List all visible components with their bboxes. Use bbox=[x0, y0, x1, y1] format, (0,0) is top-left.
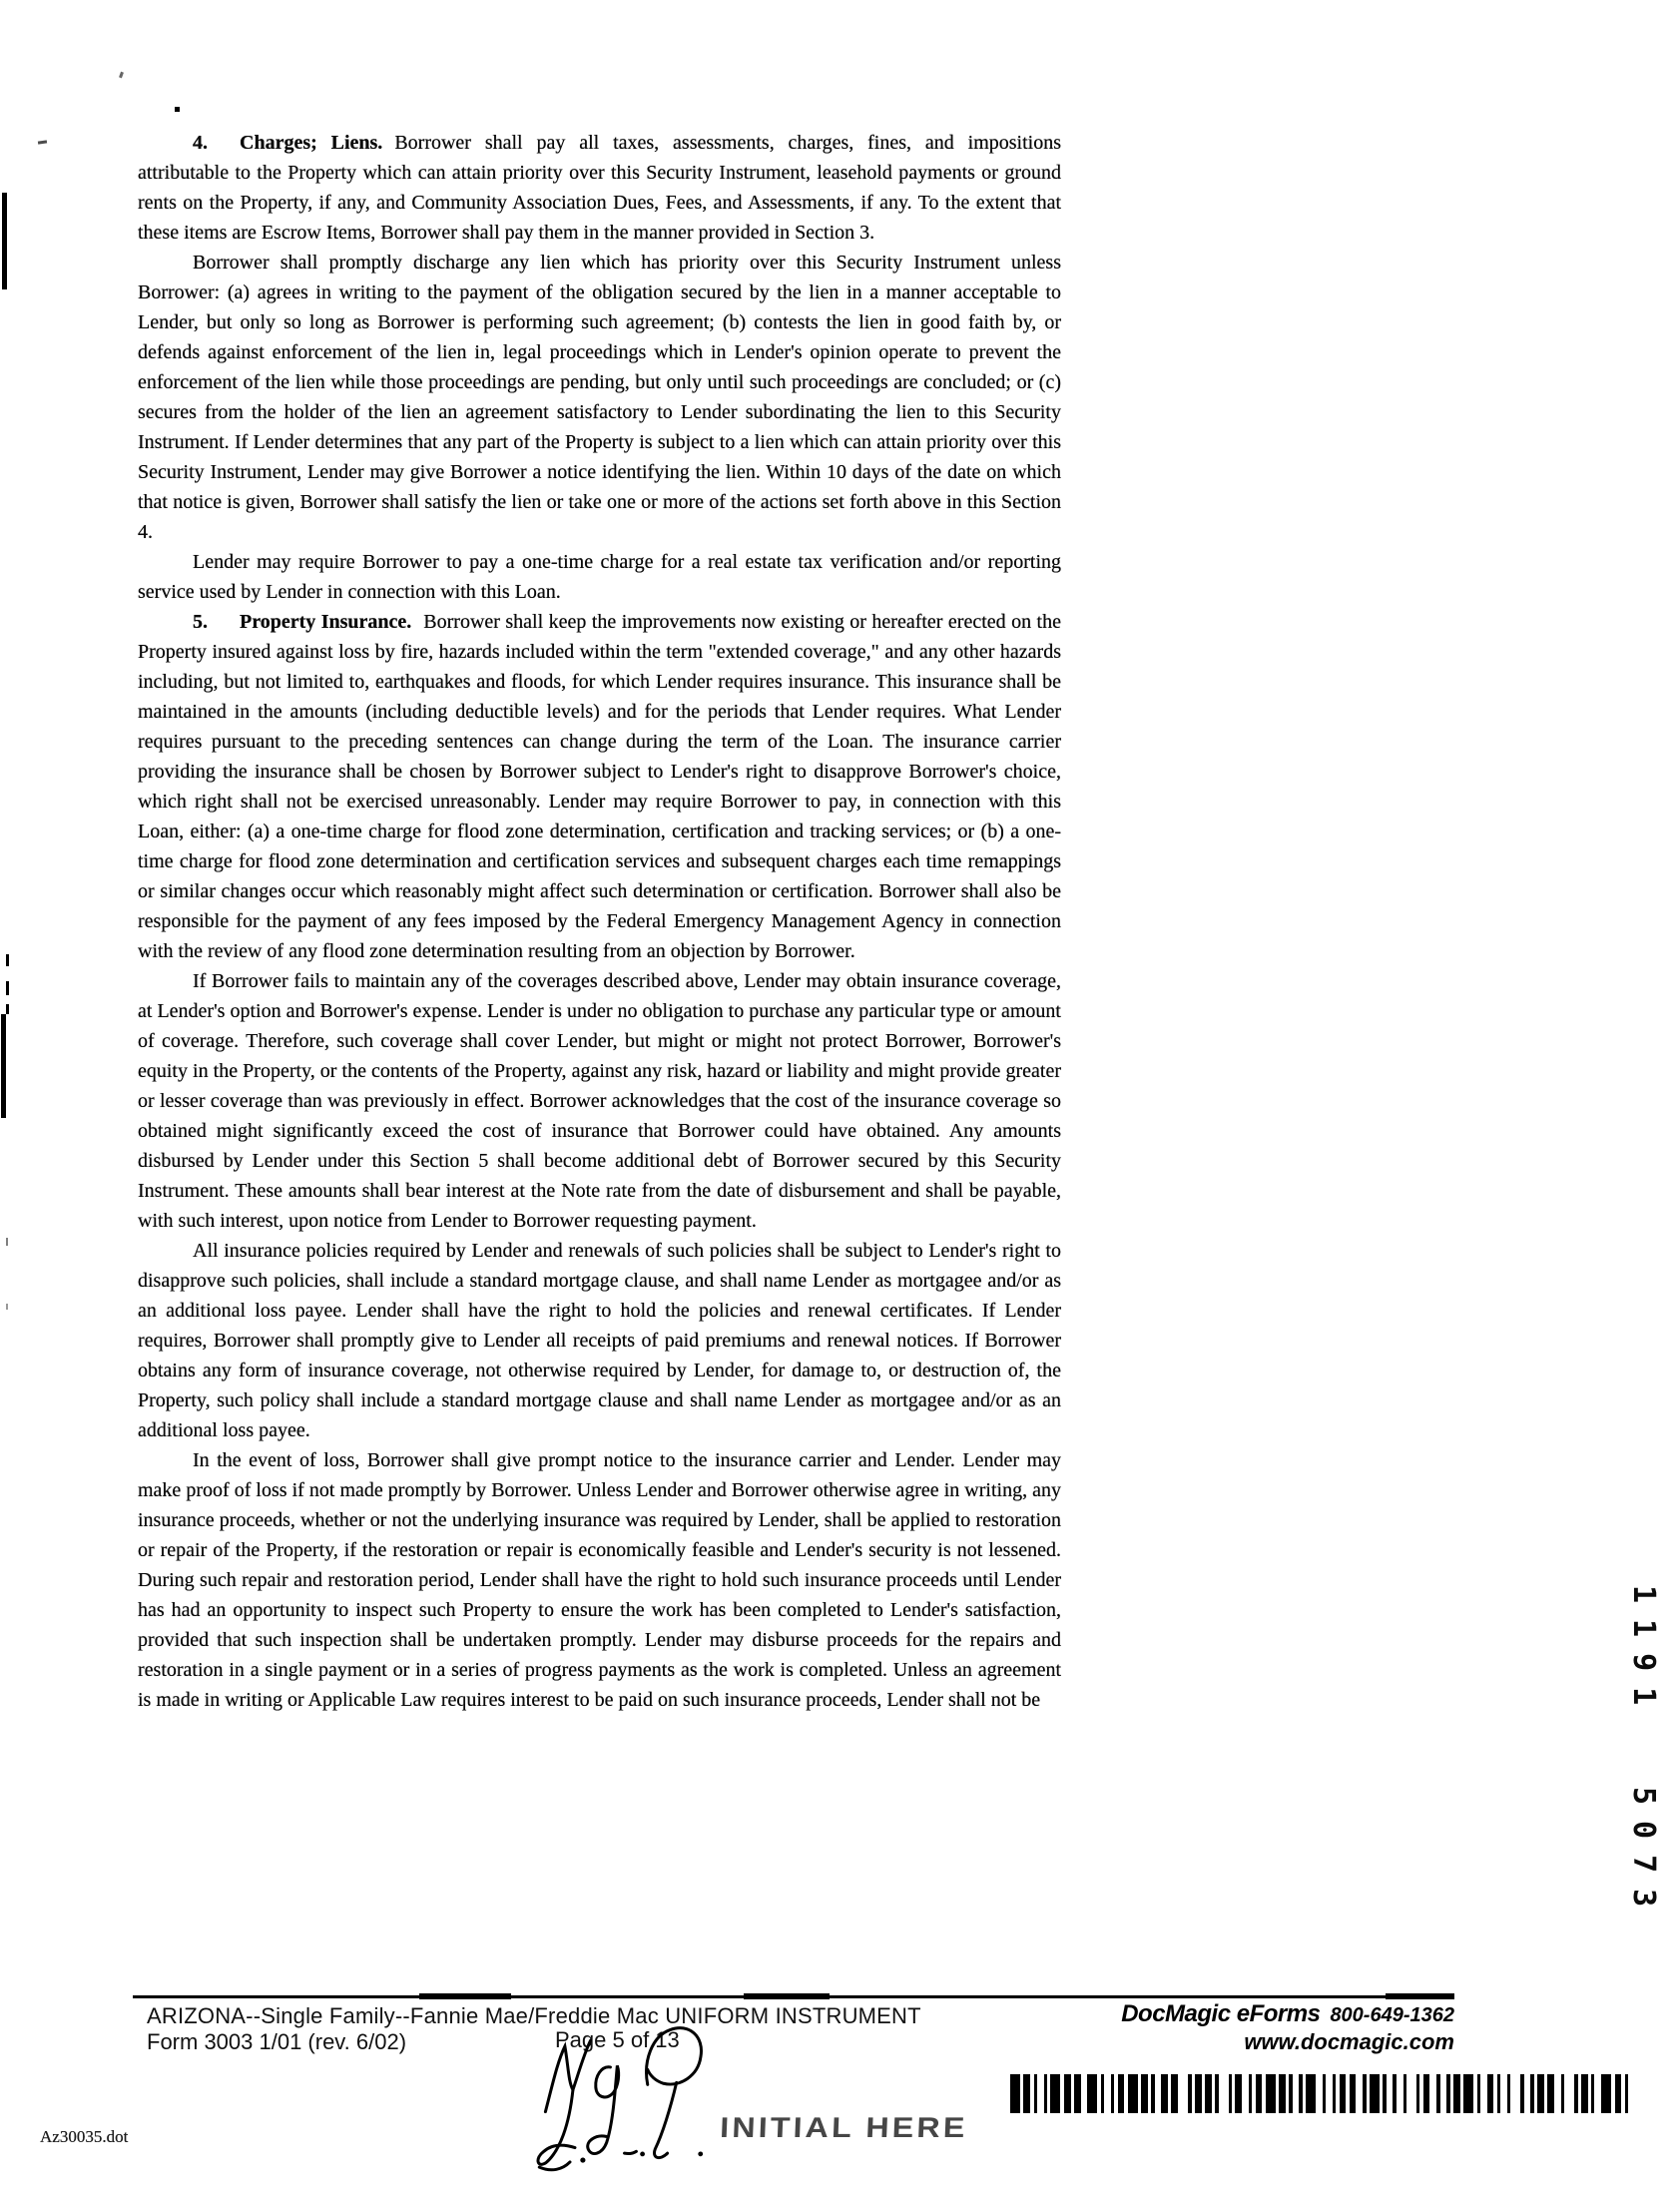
lien-discharge-paragraph: Borrower shall promptly discharge any li… bbox=[138, 248, 1061, 547]
footer-divider-thick-segment bbox=[1386, 1993, 1454, 1999]
barcode bbox=[1010, 2074, 1635, 2113]
paragraph-text: Lender may require Borrower to pay a one… bbox=[138, 551, 1061, 603]
paragraph-text: All insurance policies required by Lende… bbox=[138, 1240, 1061, 1441]
left-margin-dash bbox=[6, 1304, 8, 1310]
left-margin-scan-bar-bottom bbox=[1, 1014, 6, 1118]
scan-speck bbox=[38, 140, 47, 144]
coverage-failure-paragraph: If Borrower fails to maintain any of the… bbox=[138, 966, 1061, 1236]
left-margin-dash bbox=[6, 1238, 8, 1246]
form-number-text: Form 3003 1/01 (rev. 6/02) bbox=[147, 2029, 406, 2055]
handwritten-initials-signature bbox=[522, 2021, 728, 2184]
paragraph-text: If Borrower fails to maintain any of the… bbox=[138, 970, 1061, 1232]
section-heading: Property Insurance. bbox=[240, 611, 411, 633]
template-file-reference: Az30035.dot bbox=[40, 2127, 128, 2147]
right-edge-stamp-bottom: 5073 bbox=[1626, 1787, 1661, 1923]
vendor-line: DocMagic eForms800-649-1362 bbox=[1098, 2000, 1454, 2028]
form-name-text: ARIZONA--Single Family--Fannie Mae/Fredd… bbox=[147, 2003, 921, 2029]
scan-speck bbox=[119, 72, 124, 79]
insurance-policies-paragraph: All insurance policies required by Lende… bbox=[138, 1236, 1061, 1445]
section-heading: Charges; Liens. bbox=[240, 132, 382, 154]
paragraph-text: In the event of loss, Borrower shall giv… bbox=[138, 1449, 1061, 1711]
left-margin-dash bbox=[6, 954, 9, 966]
section-4-charges-liens-paragraph: 4.Charges; Liens.Borrower shall pay all … bbox=[138, 128, 1061, 248]
section-number: 4. bbox=[193, 132, 208, 154]
vendor-logo-text: DocMagic eForms bbox=[1121, 2000, 1320, 2027]
paragraph-text: Borrower shall promptly discharge any li… bbox=[138, 252, 1061, 543]
initial-here-stamp: INITIAL HERE bbox=[720, 2111, 969, 2144]
footer-divider-thick-segment bbox=[419, 1993, 511, 1999]
document-body: 4.Charges; Liens.Borrower shall pay all … bbox=[138, 128, 1061, 1715]
scan-speck bbox=[175, 107, 180, 112]
left-margin-dash bbox=[6, 1004, 9, 1014]
event-of-loss-paragraph: In the event of loss, Borrower shall giv… bbox=[138, 1445, 1061, 1715]
footer-divider-thick-segment bbox=[744, 1993, 830, 1999]
right-edge-stamp-top: 1191 bbox=[1626, 1585, 1661, 1721]
section-5-property-insurance-paragraph: 5.Property Insurance.Borrower shall keep… bbox=[138, 607, 1061, 966]
tax-verification-paragraph: Lender may require Borrower to pay a one… bbox=[138, 547, 1061, 607]
vendor-phone: 800-649-1362 bbox=[1330, 2004, 1454, 2026]
left-margin-scan-bar-top bbox=[2, 193, 7, 289]
paragraph-text: Borrower shall keep the improvements now… bbox=[138, 611, 1061, 962]
section-number: 5. bbox=[193, 611, 208, 633]
vendor-url: www.docmagic.com bbox=[1098, 2029, 1454, 2055]
left-margin-dash bbox=[6, 981, 9, 995]
vendor-block: DocMagic eForms800-649-1362 www.docmagic… bbox=[1098, 2000, 1454, 2055]
scanned-document-page: 4.Charges; Liens.Borrower shall pay all … bbox=[0, 0, 1680, 2205]
